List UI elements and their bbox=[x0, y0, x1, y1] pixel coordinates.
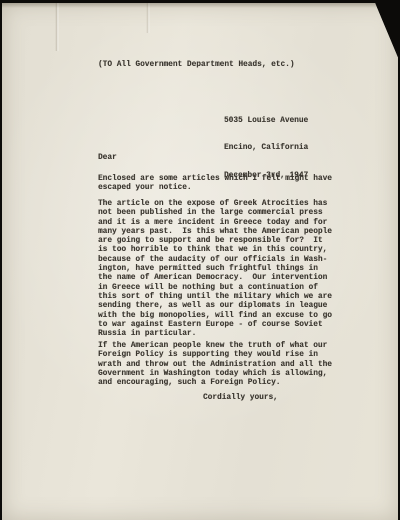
closing-line: Cordially yours, bbox=[203, 394, 278, 403]
body-paragraph-3: If the American people knew the truth of… bbox=[98, 342, 332, 388]
header-note: (TO All Government Department Heads, etc… bbox=[98, 61, 295, 70]
paper-top-edge-shadow bbox=[2, 3, 398, 8]
paper-crease bbox=[146, 3, 150, 33]
address-line-city: Encino, California bbox=[224, 144, 308, 153]
address-line-street: 5035 Louise Avenue bbox=[224, 117, 308, 126]
body-paragraph-2: The article on the expose of Greek Atroc… bbox=[98, 200, 332, 339]
body-paragraph-1: Enclosed are some articles which I felt … bbox=[98, 175, 332, 194]
salutation: Dear bbox=[98, 154, 117, 163]
paper-crease bbox=[55, 3, 59, 51]
scan-background: (TO All Government Department Heads, etc… bbox=[0, 0, 400, 520]
letter-paper: (TO All Government Department Heads, etc… bbox=[2, 3, 398, 520]
